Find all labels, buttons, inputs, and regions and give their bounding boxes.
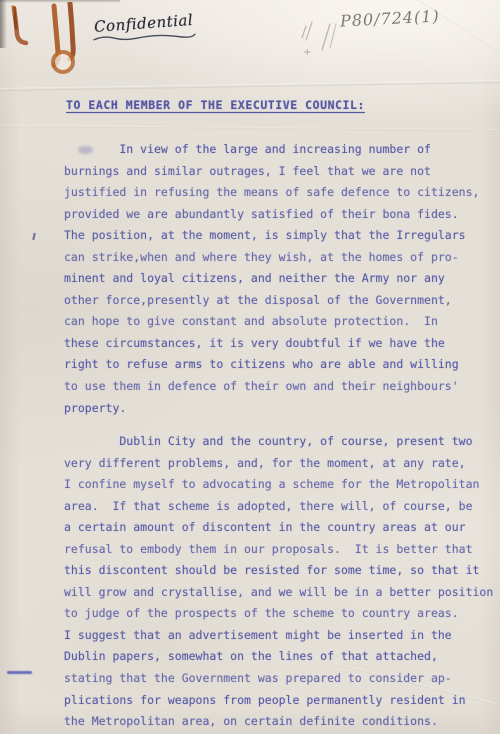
- text-line: I confine myself to advocating a scheme …: [64, 474, 500, 496]
- text-line: will grow and crystallise, and we will b…: [64, 582, 500, 604]
- text-line: this discontent should be resisted for s…: [64, 560, 500, 582]
- text-line: stating that the Government was prepared…: [64, 668, 500, 690]
- text-line: Dublin papers, somewhat on the lines of …: [64, 646, 500, 668]
- text-line: to judge of the prospects of the scheme …: [64, 603, 500, 625]
- text-line: a certain amount of discontent in the co…: [64, 517, 500, 539]
- scanned-document-page: Confidential P80/724(1) + TO EACH MEMBER…: [0, 0, 500, 734]
- ink-smudge: [78, 146, 93, 154]
- margin-blue-dash: [7, 671, 32, 674]
- text-line: property.: [64, 398, 500, 420]
- paragraph-1: In view of the large and increasing numb…: [64, 139, 500, 419]
- faint-fold-crease: [0, 125, 500, 132]
- reference-number-pencil: P80/724(1): [340, 6, 441, 30]
- text-line: I suggest that an advertisement might be…: [64, 625, 500, 647]
- text-line: provided we are abundantly satisfied of …: [64, 204, 500, 226]
- text-line: plications for weapons from people perma…: [64, 690, 500, 712]
- text-line: The position, at the moment, is simply t…: [64, 225, 500, 247]
- text-line: refusal to embody them in our proposals.…: [64, 539, 500, 561]
- text-line: minent and loyal citizens, and neither t…: [64, 268, 500, 290]
- text-line: can hope to give constant and absolute p…: [64, 311, 500, 333]
- text-line: Dublin City and the country, of course, …: [64, 431, 500, 453]
- text-line: burnings and similar outrages, I feel th…: [64, 161, 500, 183]
- text-line: In view of the large and increasing numb…: [64, 139, 500, 161]
- document-heading: TO EACH MEMBER OF THE EXECUTIVE COUNCIL:: [66, 98, 365, 112]
- pencil-plus-mark: +: [303, 47, 311, 58]
- paperclip-rust-stain-icon: [4, 2, 94, 82]
- text-line: very different problems, and, for the mo…: [64, 453, 500, 475]
- text-line: area. If that scheme is adopted, there w…: [64, 496, 500, 518]
- margin-ink-tick: [32, 233, 35, 240]
- confidential-underline-squiggle: [92, 33, 197, 43]
- text-line: these circumstances, it is very doubtful…: [64, 333, 500, 355]
- paragraph-2: Dublin City and the country, of course, …: [64, 431, 500, 733]
- text-line: to use them in defence of their own and …: [64, 376, 500, 398]
- pencil-stroke-marks: [300, 12, 350, 52]
- confidential-handwritten-note: Confidential: [94, 10, 205, 36]
- text-line: other force,presently at the disposal of…: [64, 290, 500, 312]
- text-line: right to refuse arms to citizens who are…: [64, 354, 500, 376]
- text-line: the Metropolitan area, on certain defini…: [64, 711, 500, 733]
- text-line: justified in refusing the means of safe …: [64, 182, 500, 204]
- text-line: can strike,when and where they wish, at …: [64, 247, 500, 269]
